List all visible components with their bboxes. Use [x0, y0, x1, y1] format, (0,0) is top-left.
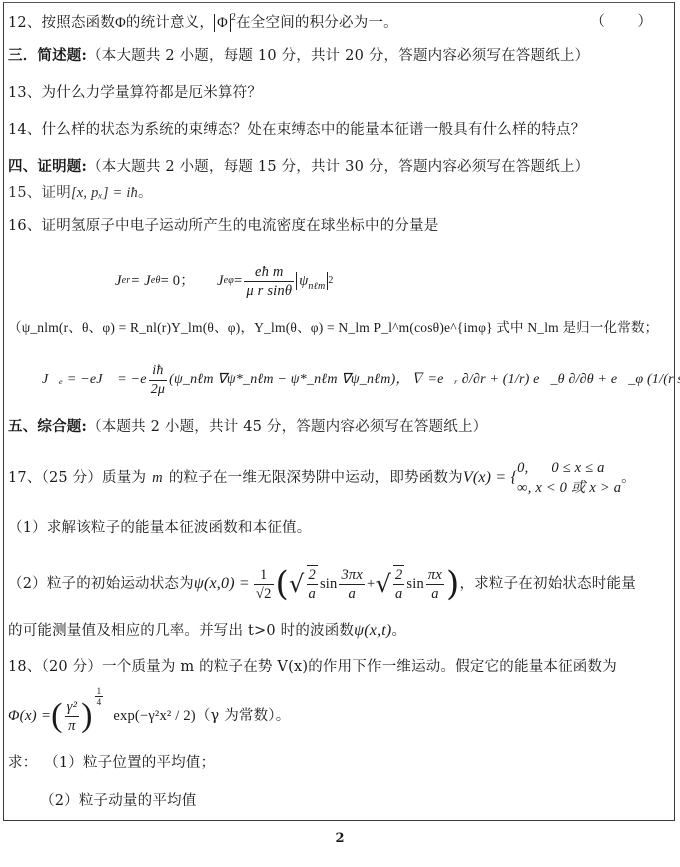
- fraction-numerator: iħ: [149, 362, 167, 381]
- q18-ask: 求：（1）粒子位置的平均值；: [8, 753, 215, 773]
- fraction-numerator: 1: [254, 566, 274, 585]
- current-def-mid: (ψ_nℓm ∇ψ*_nℓm − ψ*_nℓm ∇ψ_nℓm)，∇ =: [169, 370, 437, 390]
- q15-formula: [x, pₓ] = iħ: [71, 185, 138, 201]
- ihbar-over-2mu: iħ2μ: [149, 362, 167, 399]
- section-4-title: 四、证明题:: [8, 158, 87, 175]
- sqrt-2-over-a-2: √2a: [375, 565, 406, 603]
- fraction-denominator: a: [339, 585, 365, 603]
- q17-potential: V(x) = {: [463, 468, 517, 488]
- fraction-numerator: γ²: [65, 698, 79, 717]
- question-14: 14、什么样的状态为系统的束缚态？处在束缚态中的能量本征谱一般具有什么样的特点？: [8, 120, 585, 140]
- section-3-desc: （本大题共 2 小题，每题 10 分，共计 20 分，答题内容必须写在答题纸上）: [87, 48, 589, 64]
- q17-prefix: 17、（25 分）质量为: [8, 468, 146, 488]
- question-12: 12、按照态函数Φ的统计意义，Φ2在全空间的积分必为一。: [8, 8, 398, 33]
- section-3-title: 三．简述题:: [8, 47, 87, 64]
- plus: +: [367, 574, 375, 594]
- fraction-numerator: eħ m: [244, 263, 294, 282]
- j-sub-etheta: eθ: [151, 271, 161, 291]
- page-number: 2: [0, 831, 680, 846]
- fraction-denominator: a: [393, 585, 404, 603]
- q17-part-1: （1）求解该粒子的能量本征波函数和本征值。: [8, 518, 311, 538]
- j-sub-ephi: eφ: [224, 271, 234, 291]
- j-eq-zero: = 0；: [161, 271, 195, 291]
- fraction-denominator: 2μ: [149, 381, 167, 399]
- part2-suffix: ，求粒子在初始状态时能量: [460, 574, 636, 594]
- nabla-definition: e⃗ᵣ ∂/∂r + (1/r) e⃗_θ ∂/∂θ + e⃗_φ (1/(r …: [437, 370, 680, 390]
- psi-sup: 2: [328, 271, 333, 291]
- ask-label: 求：: [8, 755, 37, 771]
- fraction-numerator: 3πx: [339, 566, 365, 585]
- left-paren: (: [276, 567, 289, 601]
- section-4-heading: 四、证明题:（本大题共 2 小题，每题 15 分，共计 30 分，答题内容必须写…: [8, 157, 589, 177]
- section-4-desc: （本大题共 2 小题，每题 15 分，共计 30 分，答题内容必须写在答题纸上）: [87, 159, 589, 175]
- case-inside: 0, 0 ≤ x ≤ a: [517, 458, 621, 478]
- fraction-denominator: 4: [95, 697, 104, 707]
- right-paren: ): [446, 567, 459, 601]
- phi-x: Φ(x) =: [8, 706, 51, 726]
- exponent-quarter: 14: [95, 686, 104, 707]
- q18-eigenfunction: Φ(x) = ( γ²π ) 14 exp(−γ²x² / 2) （γ 为常数）…: [8, 690, 290, 742]
- q18-part-1: （1）粒子位置的平均值；: [51, 755, 215, 771]
- part2-line2-end: 。: [391, 623, 406, 639]
- psi-x-t: ψ(x,t): [354, 622, 391, 639]
- q18-part-2: （2）粒子动量的平均值: [40, 791, 196, 811]
- section-5-desc: （本题共 2 小题，共计 45 分，答题内容必须写在答题纸上）: [87, 419, 487, 435]
- j-phi-eq: =: [234, 271, 242, 291]
- three-pi-x-over-a: 3πxa: [339, 566, 365, 603]
- fraction-numerator: πx: [426, 566, 444, 585]
- q12-abs: Φ: [214, 14, 231, 32]
- sqrt-2-over-a: √2a: [289, 565, 320, 603]
- question-13: 13、为什么力学量算符都是厄米算符？: [8, 83, 262, 103]
- psi-sub: nℓm: [308, 281, 325, 292]
- q15-prefix: 15、证明: [8, 185, 71, 201]
- part2-line2-text: 的可能测量值及相应的几率。并写出 t>0 时的波函数: [8, 623, 354, 639]
- q16-note-wavefunction: （ψ_nlm(r、θ、φ) = R_nl(r)Y_lm(θ、φ)，Y_lm(θ、…: [8, 318, 658, 338]
- section-3-heading: 三．简述题:（本大题共 2 小题，每题 10 分，共计 20 分，答题内容必须写…: [8, 46, 589, 66]
- j-eq-mid: = J: [130, 271, 150, 291]
- q12-middle: 的统计意义，: [126, 15, 214, 31]
- sin-1: sin: [320, 574, 338, 594]
- j-sub-er: er: [122, 271, 131, 291]
- q12-phi: Φ: [115, 15, 126, 31]
- q17-middle: 的粒子在一维无限深势阱中运动，即势函数为: [169, 468, 463, 488]
- sin-2: sin: [406, 574, 424, 594]
- gamma-note: （γ 为常数）。: [196, 706, 291, 726]
- exp-term: exp(−γ²x² / 2): [113, 706, 195, 726]
- question-18: 18、（20 分）一个质量为 m 的粒子在势 V(x)的作用下作一维运动。假定它…: [8, 657, 617, 677]
- q16-current-equation: Jer = Jeθ = 0； Jeφ = eħ mμ r sinθ ψnℓm2: [115, 258, 334, 304]
- q17-piecewise: 0, 0 ≤ x ≤ a ∞, x < 0 或 x > a: [517, 458, 621, 498]
- j-phi-symbol: J: [217, 271, 224, 291]
- current-def-left: J⃗ₑ = −eJ⃗ = −e: [42, 370, 147, 390]
- q12-prefix: 12、按照态函数: [8, 15, 115, 31]
- fraction-denominator: μ r sinθ: [244, 282, 294, 300]
- question-15: 15、证明[x, pₓ] = iħ。: [8, 183, 153, 203]
- pi-x-over-a: πxa: [426, 566, 444, 603]
- q17-part-2-line-2: 的可能测量值及相应的几率。并写出 t>0 时的波函数ψ(x,t)。: [8, 621, 406, 641]
- answer-blank: （ ）: [590, 10, 666, 31]
- part2-prefix: （2）粒子的初始运动状态为: [8, 574, 194, 594]
- fraction-denominator: √2: [254, 585, 274, 603]
- fraction-numerator: 2: [307, 566, 318, 585]
- fraction-denominator: a: [307, 585, 318, 603]
- question-17: 17、（25 分）质量为 m 的粒子在一维无限深势阱中运动，即势函数为 V(x)…: [8, 456, 636, 500]
- question-16: 16、证明氢原子中电子运动所产生的电流密度在球坐标中的分量是: [8, 216, 438, 236]
- one-over-root2: 1√2: [254, 566, 274, 603]
- gamma2-over-pi: γ²π: [65, 698, 79, 735]
- q12-suffix: 在全空间的积分必为一。: [236, 15, 398, 31]
- fraction-numerator: 1: [95, 686, 104, 697]
- section-5-title: 五、综合题:: [8, 418, 87, 435]
- right-paren: ): [81, 699, 93, 733]
- section-5-heading: 五、综合题:（本题共 2 小题，共计 45 分，答题内容必须写在答题纸上）: [8, 417, 487, 437]
- q17-part-2: （2）粒子的初始运动状态为 ψ(x,0) = 1√2 ( √2a sin 3πx…: [8, 561, 636, 607]
- fraction-denominator: π: [65, 717, 79, 735]
- j-phi-fraction: eħ mμ r sinθ: [244, 263, 294, 300]
- q17-mass: m: [152, 468, 163, 488]
- fraction-denominator: a: [426, 585, 444, 603]
- j-symbol: J: [115, 271, 122, 291]
- fraction-numerator: 2: [393, 566, 404, 585]
- psi-x-0: ψ(x,0) =: [194, 574, 250, 594]
- q15-suffix: 。: [138, 185, 153, 201]
- psi-abs: ψnℓm: [296, 272, 328, 290]
- case-outside: ∞, x < 0 或 x > a: [517, 478, 621, 498]
- q16-note-current: J⃗ₑ = −eJ⃗ = −e iħ2μ (ψ_nℓm ∇ψ*_nℓm − ψ*…: [42, 358, 680, 402]
- q17-end: 。: [621, 468, 636, 488]
- left-paren: (: [51, 699, 63, 733]
